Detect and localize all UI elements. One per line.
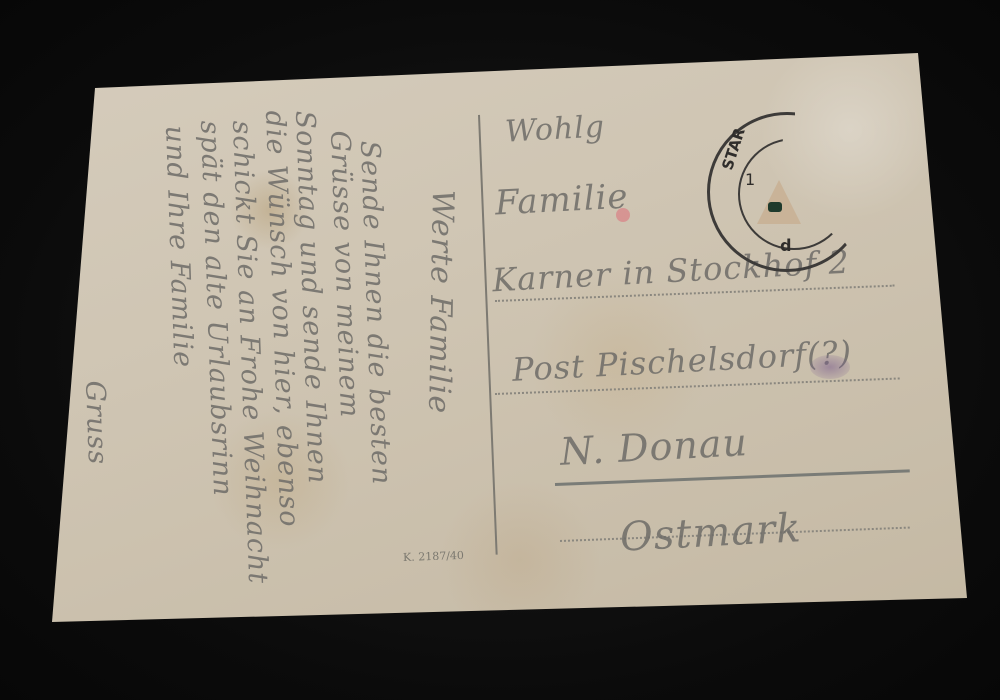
purple-ink-smudge [810, 355, 850, 379]
address-line-3 [555, 469, 910, 486]
message-signature: Gruss [79, 380, 113, 466]
postmark-letter: p [780, 238, 791, 257]
center-divider-line [478, 115, 498, 555]
message-line: Werte Familie [421, 189, 460, 414]
red-stain [616, 208, 630, 222]
address-family: Familie [494, 177, 629, 224]
address-country: Ostmark [619, 505, 803, 560]
card-number: K. 2187/40 [403, 549, 464, 564]
postmark-date-digit: 1 [745, 170, 755, 189]
postcard: Wohlg Familie Karner in Stockhof 2 Post … [0, 0, 1000, 700]
message-line: und Ihre Familie [159, 125, 198, 369]
address-salutation: Wohlg [504, 109, 606, 149]
green-ink-spot [768, 202, 782, 212]
address-region: N. Donau [559, 420, 749, 474]
